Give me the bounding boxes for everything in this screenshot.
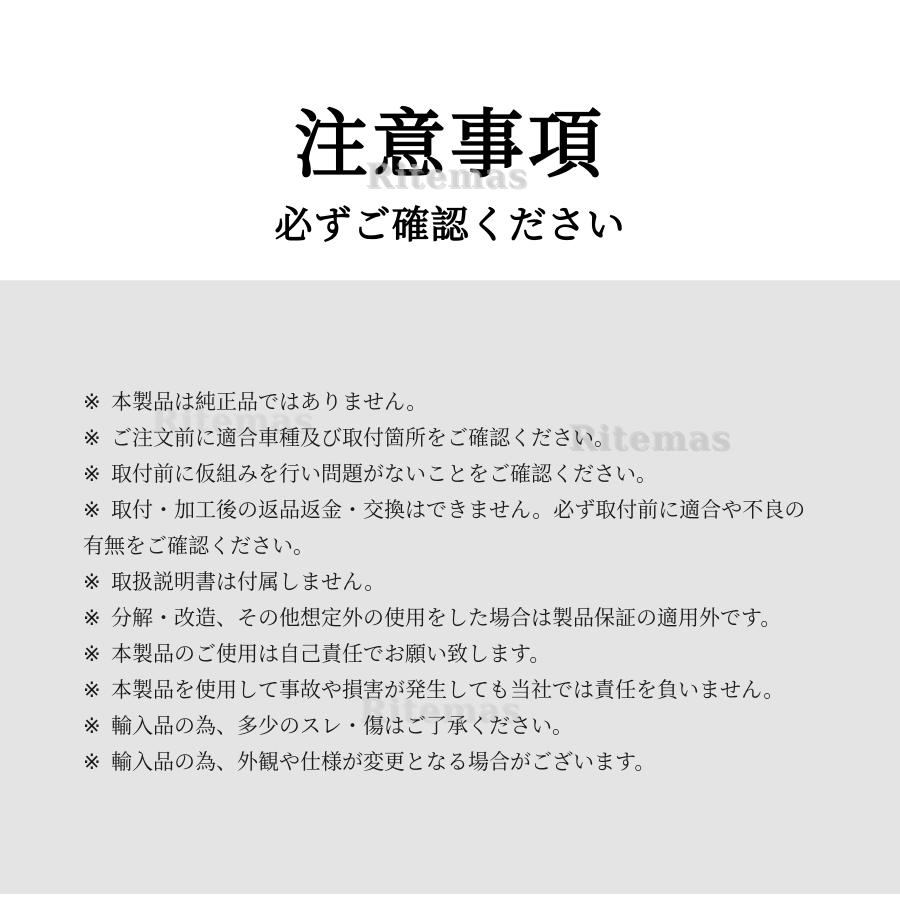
reference-mark-icon: ※	[83, 672, 111, 708]
note-text: 本製品は純正品ではありません。	[111, 390, 427, 414]
note-text: ご注文前に適合車種及び取付箇所をご確認ください。	[111, 426, 615, 450]
reference-mark-icon: ※	[83, 420, 111, 456]
page-subtitle: 必ずご確認ください	[0, 201, 900, 249]
note-item: ※ご注文前に適合車種及び取付箇所をご確認ください。	[83, 420, 843, 456]
note-text: 取扱説明書は付属しません。	[111, 570, 385, 594]
note-item: ※本製品のご使用は自己責任でお願い致します。	[83, 636, 843, 672]
reference-mark-icon: ※	[83, 492, 111, 528]
note-item: ※分解・改造、その他想定外の使用をした場合は製品保証の適用外です。	[83, 600, 843, 636]
note-item: ※取付前に仮組みを行い問題がないことをご確認ください。	[83, 456, 843, 492]
note-text: 分解・改造、その他想定外の使用をした場合は製品保証の適用外です。	[111, 606, 781, 630]
notes-list: ※本製品は純正品ではありません。 ※ご注文前に適合車種及び取付箇所をご確認くださ…	[83, 384, 843, 780]
note-item: ※本製品は純正品ではありません。	[83, 384, 843, 420]
note-text: 本製品を使用して事故や損害が発生しても当社では責任を負いません。	[111, 678, 784, 702]
reference-mark-icon: ※	[83, 636, 111, 672]
note-text: 輸入品の為、多少のスレ・傷はご了承ください。	[111, 714, 573, 738]
reference-mark-icon: ※	[83, 564, 111, 600]
note-text: 本製品のご使用は自己責任でお願い致します。	[111, 642, 550, 666]
note-text-continuation: 有無をご確認ください。	[83, 528, 843, 564]
note-item: ※輸入品の為、多少のスレ・傷はご了承ください。	[83, 708, 843, 744]
note-item: ※輸入品の為、外観や仕様が変更となる場合がございます。	[83, 744, 843, 780]
note-text: 輸入品の為、外観や仕様が変更となる場合がございます。	[111, 750, 655, 774]
reference-mark-icon: ※	[83, 708, 111, 744]
note-item: ※本製品を使用して事故や損害が発生しても当社では責任を負いません。	[83, 672, 843, 708]
header-section: 注意事項 Ritemas 必ずご確認ください	[0, 0, 900, 280]
reference-mark-icon: ※	[83, 600, 111, 636]
page-title: 注意事項	[0, 102, 900, 188]
reference-mark-icon: ※	[83, 456, 111, 492]
note-text: 取付・加工後の返品返金・交換はできません。必ず取付前に適合や不良の	[111, 498, 805, 522]
reference-mark-icon: ※	[83, 384, 111, 420]
note-item: ※取扱説明書は付属しません。	[83, 564, 843, 600]
note-item: ※取付・加工後の返品返金・交換はできません。必ず取付前に適合や不良の 有無をご確…	[83, 492, 843, 564]
reference-mark-icon: ※	[83, 744, 111, 780]
note-text: 取付前に仮組みを行い問題がないことをご確認ください。	[111, 462, 657, 486]
